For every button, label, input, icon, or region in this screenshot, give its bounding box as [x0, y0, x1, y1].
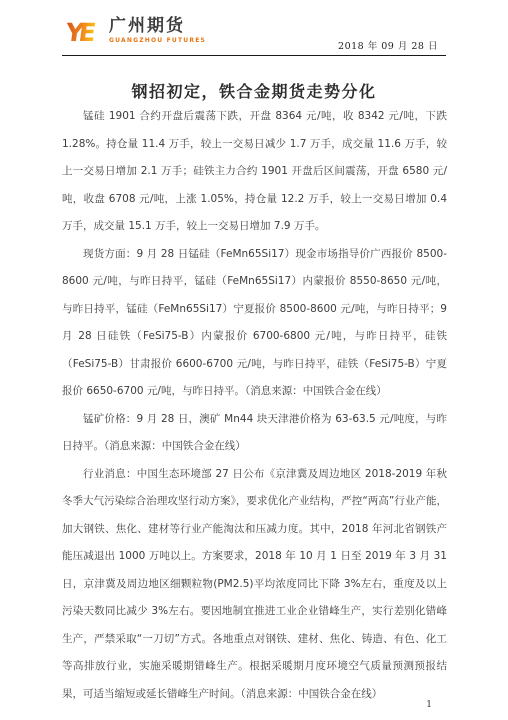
article-body: 锰硅 1901 合约开盘后震荡下跌，开盘 8364 元/吨，收 8342 元/吨…: [62, 103, 447, 708]
page-header: YE 广州期货 GUANGZHOU FUTURES 2018 年 09 月 28…: [62, 16, 446, 54]
page-number: 1: [426, 700, 432, 710]
body-paragraph-futures: 锰硅 1901 合约开盘后震荡下跌，开盘 8364 元/吨，收 8342 元/吨…: [62, 103, 447, 241]
article-title: 钢招初定，铁合金期货走势分化: [62, 79, 446, 102]
svg-text:YE: YE: [63, 18, 97, 46]
company-name-block: 广州期货 GUANGZHOU FUTURES: [109, 18, 206, 44]
company-name-en: GUANGZHOU FUTURES: [109, 38, 206, 44]
company-logo: YE 广州期货 GUANGZHOU FUTURES: [62, 16, 206, 46]
ye-logo-icon: YE: [62, 16, 104, 46]
header-divider: [62, 55, 446, 56]
body-paragraph-spot: 现货方面：9 月 28 日锰硅（FeMn65Si17）现金市场指导价广西报价 8…: [62, 241, 447, 406]
document-page: YE 广州期货 GUANGZHOU FUTURES 2018 年 09 月 28…: [0, 0, 508, 720]
company-name-cn: 广州期货: [109, 18, 206, 35]
body-paragraph-ore-price: 锰矿价格：9 月 28 日，澳矿 Mn44 块天津港价格为 63-63.5 元/…: [62, 406, 447, 461]
body-paragraph-industry-news: 行业消息：中国生态环境部 27 日公布《京津冀及周边地区 2018-2019 年…: [62, 461, 447, 709]
report-date: 2018 年 09 月 28 日: [338, 38, 438, 52]
